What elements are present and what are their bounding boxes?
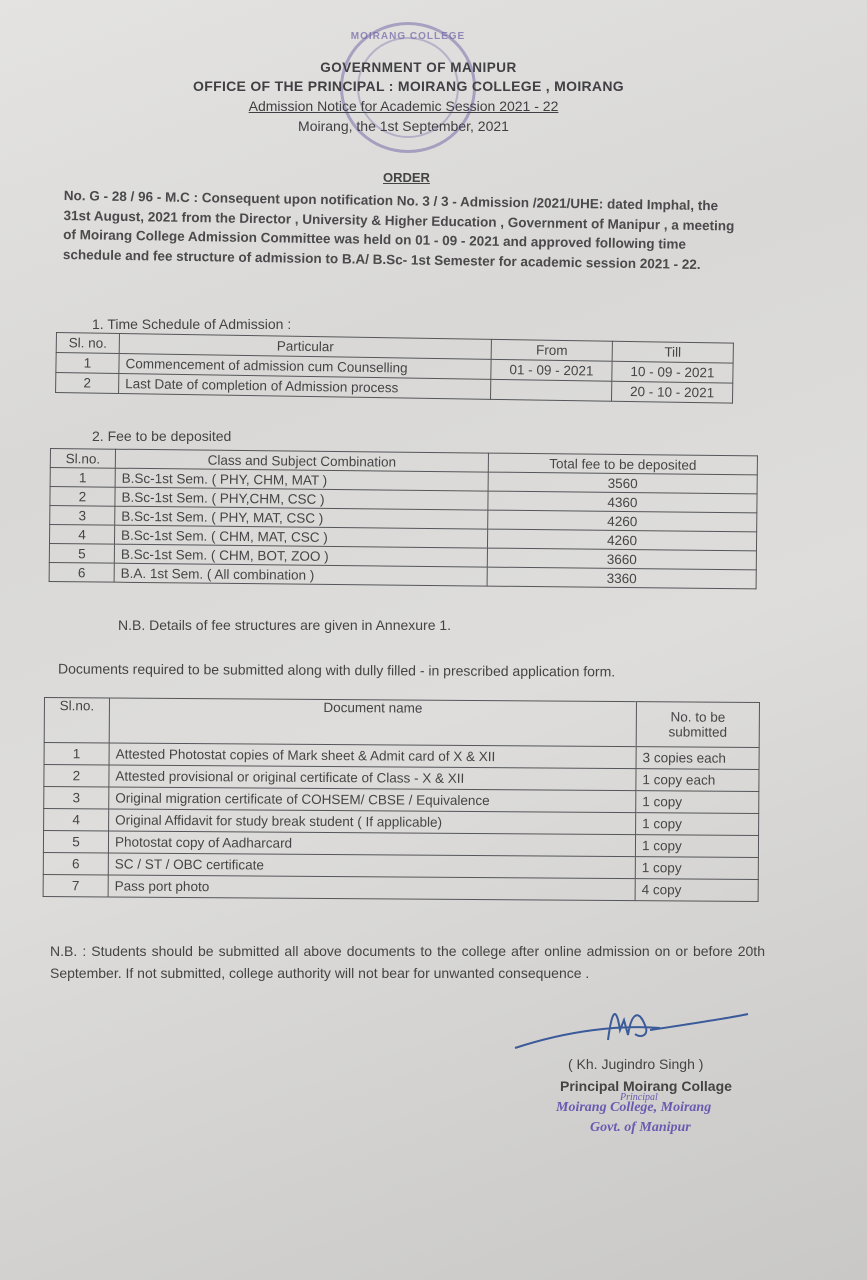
col-header: No. to be submitted bbox=[636, 702, 759, 748]
col-header: Till bbox=[612, 341, 733, 363]
cell-sl-no: 2 bbox=[56, 373, 119, 394]
fee-table: Sl.no. Class and Subject Combination Tot… bbox=[49, 448, 758, 589]
cell-sl-no: 6 bbox=[49, 562, 114, 582]
table-header-row: Sl.no. Document name No. to be submitted bbox=[44, 698, 759, 748]
cell-sl-no: 3 bbox=[44, 787, 109, 809]
cell-sl-no: 1 bbox=[44, 743, 109, 765]
cell-class-combination: B.A. 1st Sem. ( All combination ) bbox=[114, 563, 487, 586]
time-schedule-table: Sl. no. Particular From Till 1 Commencem… bbox=[55, 332, 734, 404]
documents-intro: Documents required to be submitted along… bbox=[58, 661, 615, 680]
cell-sl-no: 6 bbox=[43, 852, 108, 874]
order-paragraph: No. G - 28 / 96 - M.C : Consequent upon … bbox=[63, 186, 744, 275]
col-header: Sl.no. bbox=[50, 449, 115, 469]
fee-table-body: 1B.Sc-1st Sem. ( PHY, CHM, MAT )35602B.S… bbox=[49, 468, 757, 589]
col-header: From bbox=[491, 339, 612, 361]
office-heading: OFFICE OF THE PRINCIPAL : MOIRANG COLLEG… bbox=[0, 78, 842, 94]
notice-heading: Admission Notice for Academic Session 20… bbox=[0, 98, 837, 114]
cell-sl-no: 2 bbox=[50, 487, 115, 507]
cell-copies: 1 copy bbox=[635, 835, 758, 858]
cell-copies: 1 copy bbox=[636, 791, 759, 814]
fee-title: 2. Fee to be deposited bbox=[92, 428, 231, 444]
cell-sl-no: 4 bbox=[49, 525, 114, 545]
cell-sl-no: 1 bbox=[56, 353, 119, 374]
cell-sl-no: 7 bbox=[43, 874, 108, 896]
seal-college: Moirang College, Moirang bbox=[556, 1100, 711, 1116]
cell-document-name: Pass port photo bbox=[108, 875, 635, 901]
date-line: Moirang, the 1st September, 2021 bbox=[0, 118, 837, 134]
col-header: Sl.no. bbox=[44, 698, 109, 743]
documents-table: Sl.no. Document name No. to be submitted… bbox=[43, 697, 760, 902]
cell-sl-no: 5 bbox=[43, 831, 108, 853]
cell-copies: 1 copy each bbox=[636, 769, 759, 792]
cell-total-fee: 3360 bbox=[487, 567, 756, 589]
cell-copies: 4 copy bbox=[635, 879, 758, 902]
seal-govt: Govt. of Manipur bbox=[590, 1120, 691, 1136]
documents-table-body: 1Attested Photostat copies of Mark sheet… bbox=[43, 743, 759, 902]
cell-till: 10 - 09 - 2021 bbox=[612, 361, 733, 383]
cell-sl-no: 1 bbox=[50, 468, 115, 488]
signatory-name: ( Kh. Jugindro Singh ) bbox=[568, 1056, 703, 1072]
cell-sl-no: 3 bbox=[50, 506, 115, 526]
cell-copies: 3 copies each bbox=[636, 747, 759, 770]
stamp-text: MOIRANG COLLEGE bbox=[343, 31, 473, 42]
cell-copies: 1 copy bbox=[636, 813, 759, 836]
time-schedule-title: 1. Time Schedule of Admission : bbox=[92, 316, 291, 332]
col-header: Sl. no. bbox=[56, 333, 119, 354]
cell-from: 01 - 09 - 2021 bbox=[491, 359, 612, 381]
cell-from bbox=[490, 379, 611, 401]
submission-note: N.B. : Students should be submitted all … bbox=[50, 940, 765, 984]
signature-icon bbox=[500, 1000, 780, 1060]
fee-note: N.B. Details of fee structures are given… bbox=[118, 617, 451, 633]
table-row: 7Pass port photo4 copy bbox=[43, 874, 758, 901]
notice-page: MOIRANG COLLEGE GOVERNMENT OF MANIPUR OF… bbox=[0, 0, 867, 1280]
order-title: ORDER bbox=[383, 170, 430, 185]
cell-till: 20 - 10 - 2021 bbox=[611, 381, 732, 403]
cell-sl-no: 4 bbox=[44, 809, 109, 831]
government-heading: GOVERNMENT OF MANIPUR bbox=[0, 60, 852, 75]
cell-sl-no: 2 bbox=[44, 765, 109, 787]
cell-copies: 1 copy bbox=[635, 857, 758, 880]
col-header: Document name bbox=[109, 698, 636, 747]
cell-sl-no: 5 bbox=[49, 544, 114, 564]
